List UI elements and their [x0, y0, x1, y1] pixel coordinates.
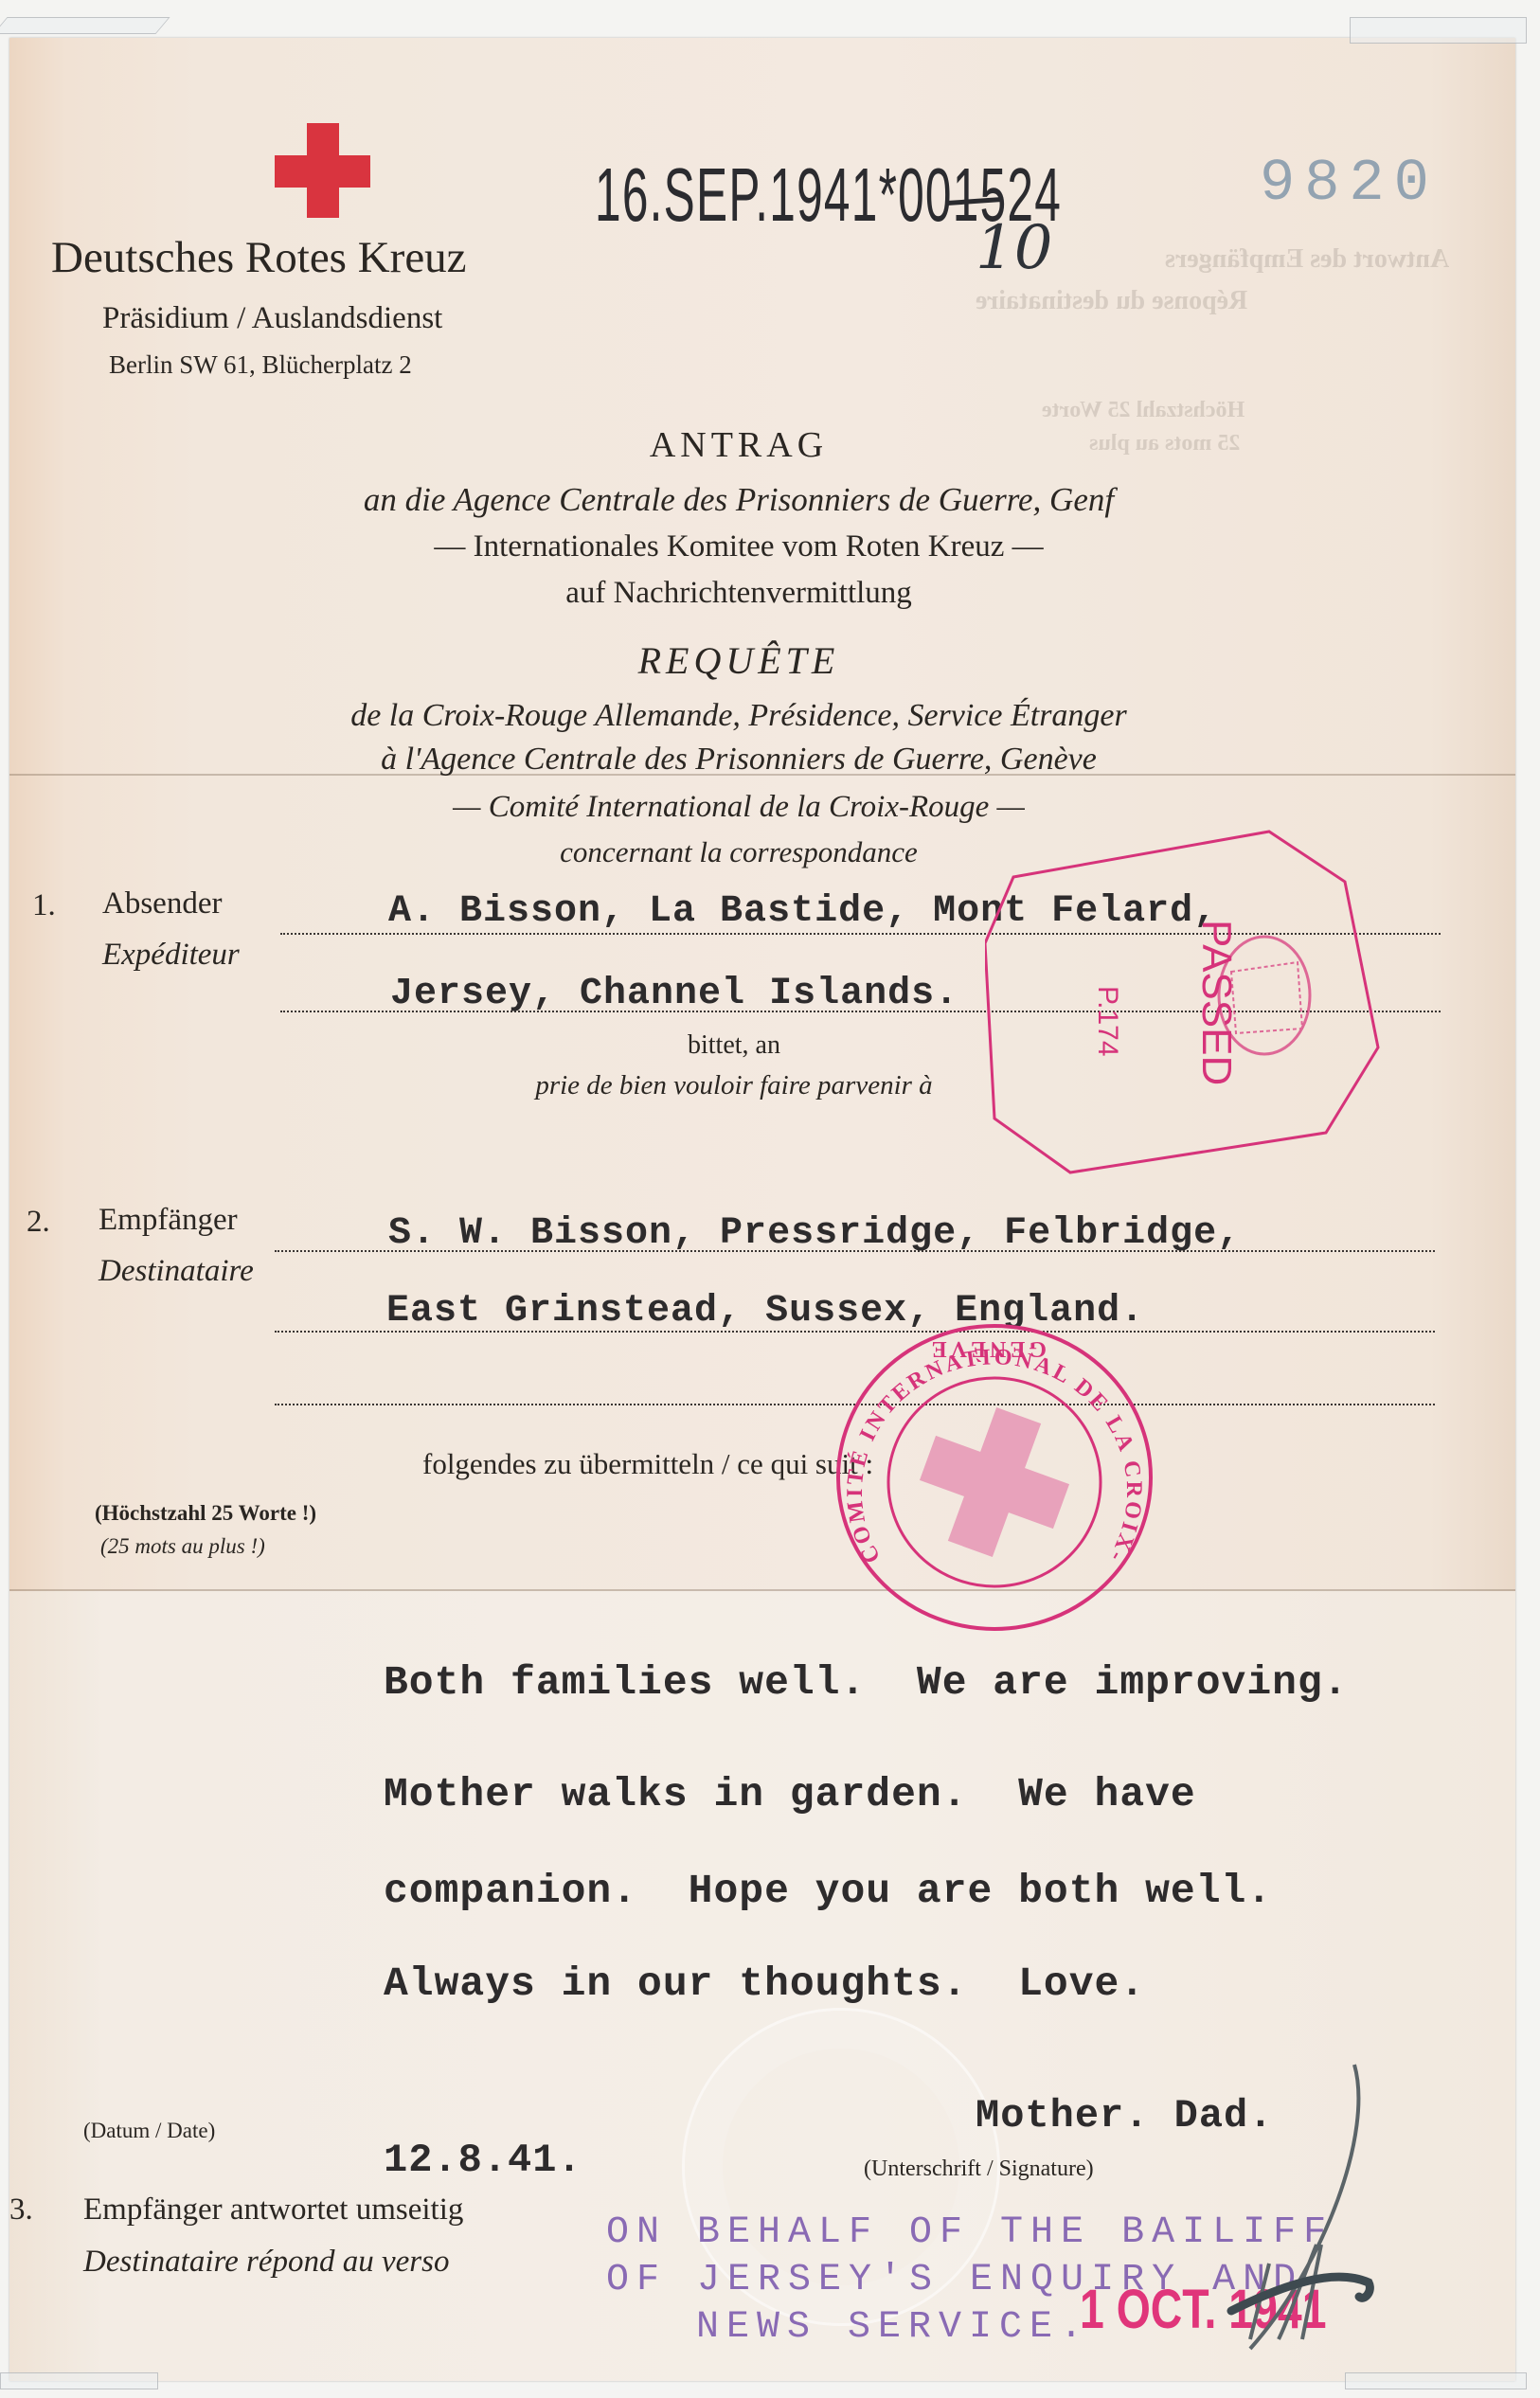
mount-corner-tl: [0, 17, 170, 34]
mount-corner-bl: [0, 2372, 158, 2389]
bailiff-stamp-line-3: NEWS SERVICE.: [696, 2306, 1090, 2349]
message-line-3: companion. Hope you are both well.: [384, 1868, 1272, 1914]
reply-de: Empfänger antwortet umseitig: [83, 2192, 463, 2228]
sender-address-line-2: Jersey, Channel Islands.: [390, 973, 958, 1015]
icrc-circle-stamp: COMITÉ INTERNATIONAL DE LA CROIX-ROUGE G…: [824, 1312, 1165, 1643]
icrc-inner-text: GENÈVE: [928, 1336, 1047, 1361]
date-label: (Datum / Date): [83, 2119, 215, 2143]
bleed-through-text: Antwort des Empfängers: [1165, 244, 1449, 275]
sender-label-de: Absender: [102, 886, 222, 922]
bleed-through-text: Höchstzahl 25 Worte: [1042, 398, 1245, 423]
serial-stamp: 9820: [1260, 150, 1439, 217]
date-value: 12.8.41.: [384, 2138, 582, 2183]
reply-fr: Destinataire répond au verso: [83, 2245, 449, 2280]
german-line-3: auf Nachrichtenvermittlung: [0, 576, 1477, 611]
handwritten-number: 10: [976, 213, 1052, 283]
fold-line-lower: [9, 1589, 1515, 1591]
org-name: Deutsches Rotes Kreuz: [51, 232, 467, 283]
word-limit-de: (Höchstzahl 25 Worte !): [95, 1501, 316, 1526]
french-line-3: — Comité International de la Croix-Rouge…: [0, 790, 1477, 825]
handwritten-initials: [1212, 2055, 1383, 2368]
passed-text: PASSED: [1193, 920, 1240, 1085]
french-line-1: de la Croix-Rouge Allemande, Présidence,…: [0, 698, 1477, 734]
requete-heading: REQUÊTE: [0, 638, 1477, 683]
recipient-label-de: Empfänger: [98, 1203, 238, 1238]
red-cross-icon: [904, 1391, 1085, 1573]
message-line-4: Always in our thoughts. Love.: [384, 1960, 1145, 2007]
red-cross-icon: [275, 123, 370, 218]
message-line-1: Both families well. We are improving.: [384, 1659, 1349, 1706]
org-address: Berlin SW 61, Blücherplatz 2: [109, 350, 412, 380]
german-line-1: an die Agence Centrale des Prisonniers d…: [0, 481, 1477, 519]
connector-fr: prie de bien vouloir faire parvenir à: [379, 1070, 1089, 1101]
german-line-2: — Internationales Komitee vom Roten Kreu…: [0, 529, 1477, 564]
sender-number: 1.: [32, 888, 56, 923]
french-line-2: à l'Agence Centrale des Prisonniers de G…: [0, 742, 1477, 778]
transmit-label: folgendes zu übermitteln / ce qui suit :: [422, 1447, 873, 1481]
org-department: Präsidium / Auslandsdienst: [102, 301, 442, 336]
signature-label: (Unterschrift / Signature): [864, 2156, 1094, 2182]
recipient-label-fr: Destinataire: [98, 1254, 254, 1289]
reply-number: 3.: [9, 2192, 33, 2228]
sender-label-fr: Expéditeur: [102, 938, 240, 973]
antrag-heading: ANTRAG: [0, 424, 1477, 466]
mount-corner-br: [1345, 2372, 1527, 2389]
recipient-number: 2.: [27, 1205, 50, 1240]
recipient-address-line-1: S. W. Bisson, Pressridge, Felbridge,: [388, 1212, 1241, 1255]
message-line-2: Mother walks in garden. We have: [384, 1771, 1196, 1817]
word-limit-fr: (25 mots au plus !): [100, 1534, 265, 1559]
mount-corner-tr: [1350, 17, 1527, 44]
censor-passed-stamp: PASSED P.174: [985, 830, 1392, 1180]
connector-de: bittet, an: [474, 1030, 994, 1061]
bleed-through-text: Réponse du destinataire: [976, 286, 1247, 316]
censor-code: P.174: [1092, 986, 1123, 1057]
